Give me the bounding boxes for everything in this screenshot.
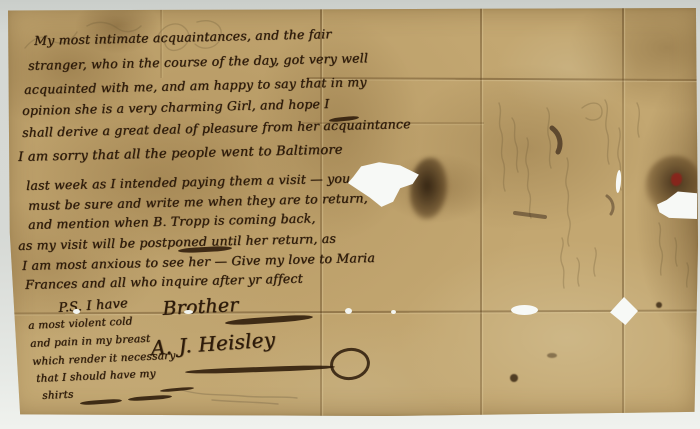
signature-flourish-loop bbox=[328, 345, 372, 382]
torn-hole bbox=[184, 310, 193, 314]
ink-spot bbox=[656, 302, 662, 308]
scanner-background: My most intimate acquaintances, and the … bbox=[0, 0, 700, 429]
ps-note-line: and pain in my breast bbox=[30, 333, 151, 350]
letter-body-line: Frances and all who inquire after yr aff… bbox=[25, 271, 303, 292]
letter-body-line: My most intimate acquaintances, and the … bbox=[34, 26, 332, 48]
ps-note-line: a most violent cold bbox=[28, 315, 133, 332]
torn-hole bbox=[615, 170, 622, 193]
fold-line-vertical bbox=[622, 8, 624, 416]
torn-hole bbox=[610, 297, 638, 325]
torn-hole bbox=[73, 309, 80, 314]
ink-flourish bbox=[128, 394, 172, 401]
torn-hole bbox=[391, 310, 396, 314]
letter-body-line: I am most anxious to see her — Give my l… bbox=[22, 250, 375, 273]
ps-note-line: shirts bbox=[42, 389, 74, 402]
letter-closing: Brother bbox=[162, 294, 239, 320]
fold-line-vertical bbox=[480, 8, 482, 416]
letter-body-line: must be sure and write me when they are … bbox=[28, 190, 368, 213]
ink-stain bbox=[410, 158, 448, 220]
letter-body-line: I am sorry that all the people went to B… bbox=[18, 143, 343, 165]
ink-flourish bbox=[160, 387, 194, 393]
letter-body-line: and mention when B. Tropp is coming back… bbox=[28, 210, 316, 232]
letter-body-line: stranger, who in the course of the day, … bbox=[28, 50, 368, 73]
letter-body-line: last week as I intended paying them a vi… bbox=[26, 171, 350, 193]
torn-hole bbox=[345, 308, 352, 314]
ink-spot bbox=[547, 353, 557, 358]
letter-body-line: acquainted with me, and am happy to say … bbox=[24, 74, 367, 97]
ink-flourish bbox=[80, 399, 122, 406]
ps-note-line: that I should have my bbox=[36, 368, 156, 385]
fold-line-vertical bbox=[320, 8, 322, 416]
letter-paper: My most intimate acquaintances, and the … bbox=[7, 8, 698, 416]
torn-hole bbox=[511, 305, 538, 315]
signature: A. J. Heisley bbox=[150, 327, 276, 360]
ink-flourish bbox=[185, 364, 335, 374]
letter-body-line: opinion she is a very charming Girl, and… bbox=[22, 96, 330, 118]
ink-spot bbox=[510, 374, 518, 382]
